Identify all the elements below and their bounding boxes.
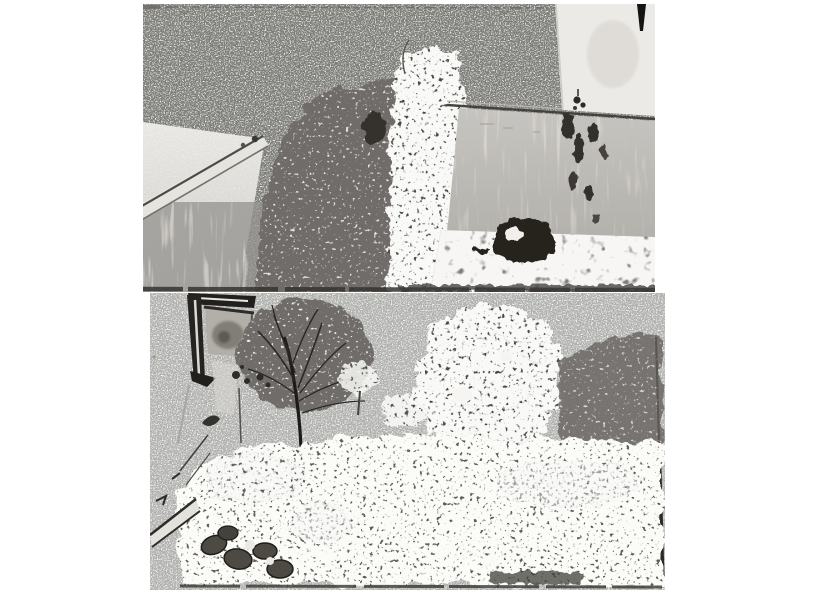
page-speck [153, 356, 156, 359]
side-bush [380, 393, 424, 429]
photo-top [143, 4, 655, 292]
photo-bottom [150, 293, 665, 590]
photo-edge-bottom [180, 586, 662, 587]
photo-top-canvas [143, 4, 655, 292]
scanned-page [0, 0, 827, 599]
canal-wall [447, 101, 655, 240]
photo-bottom-canvas [150, 293, 665, 590]
